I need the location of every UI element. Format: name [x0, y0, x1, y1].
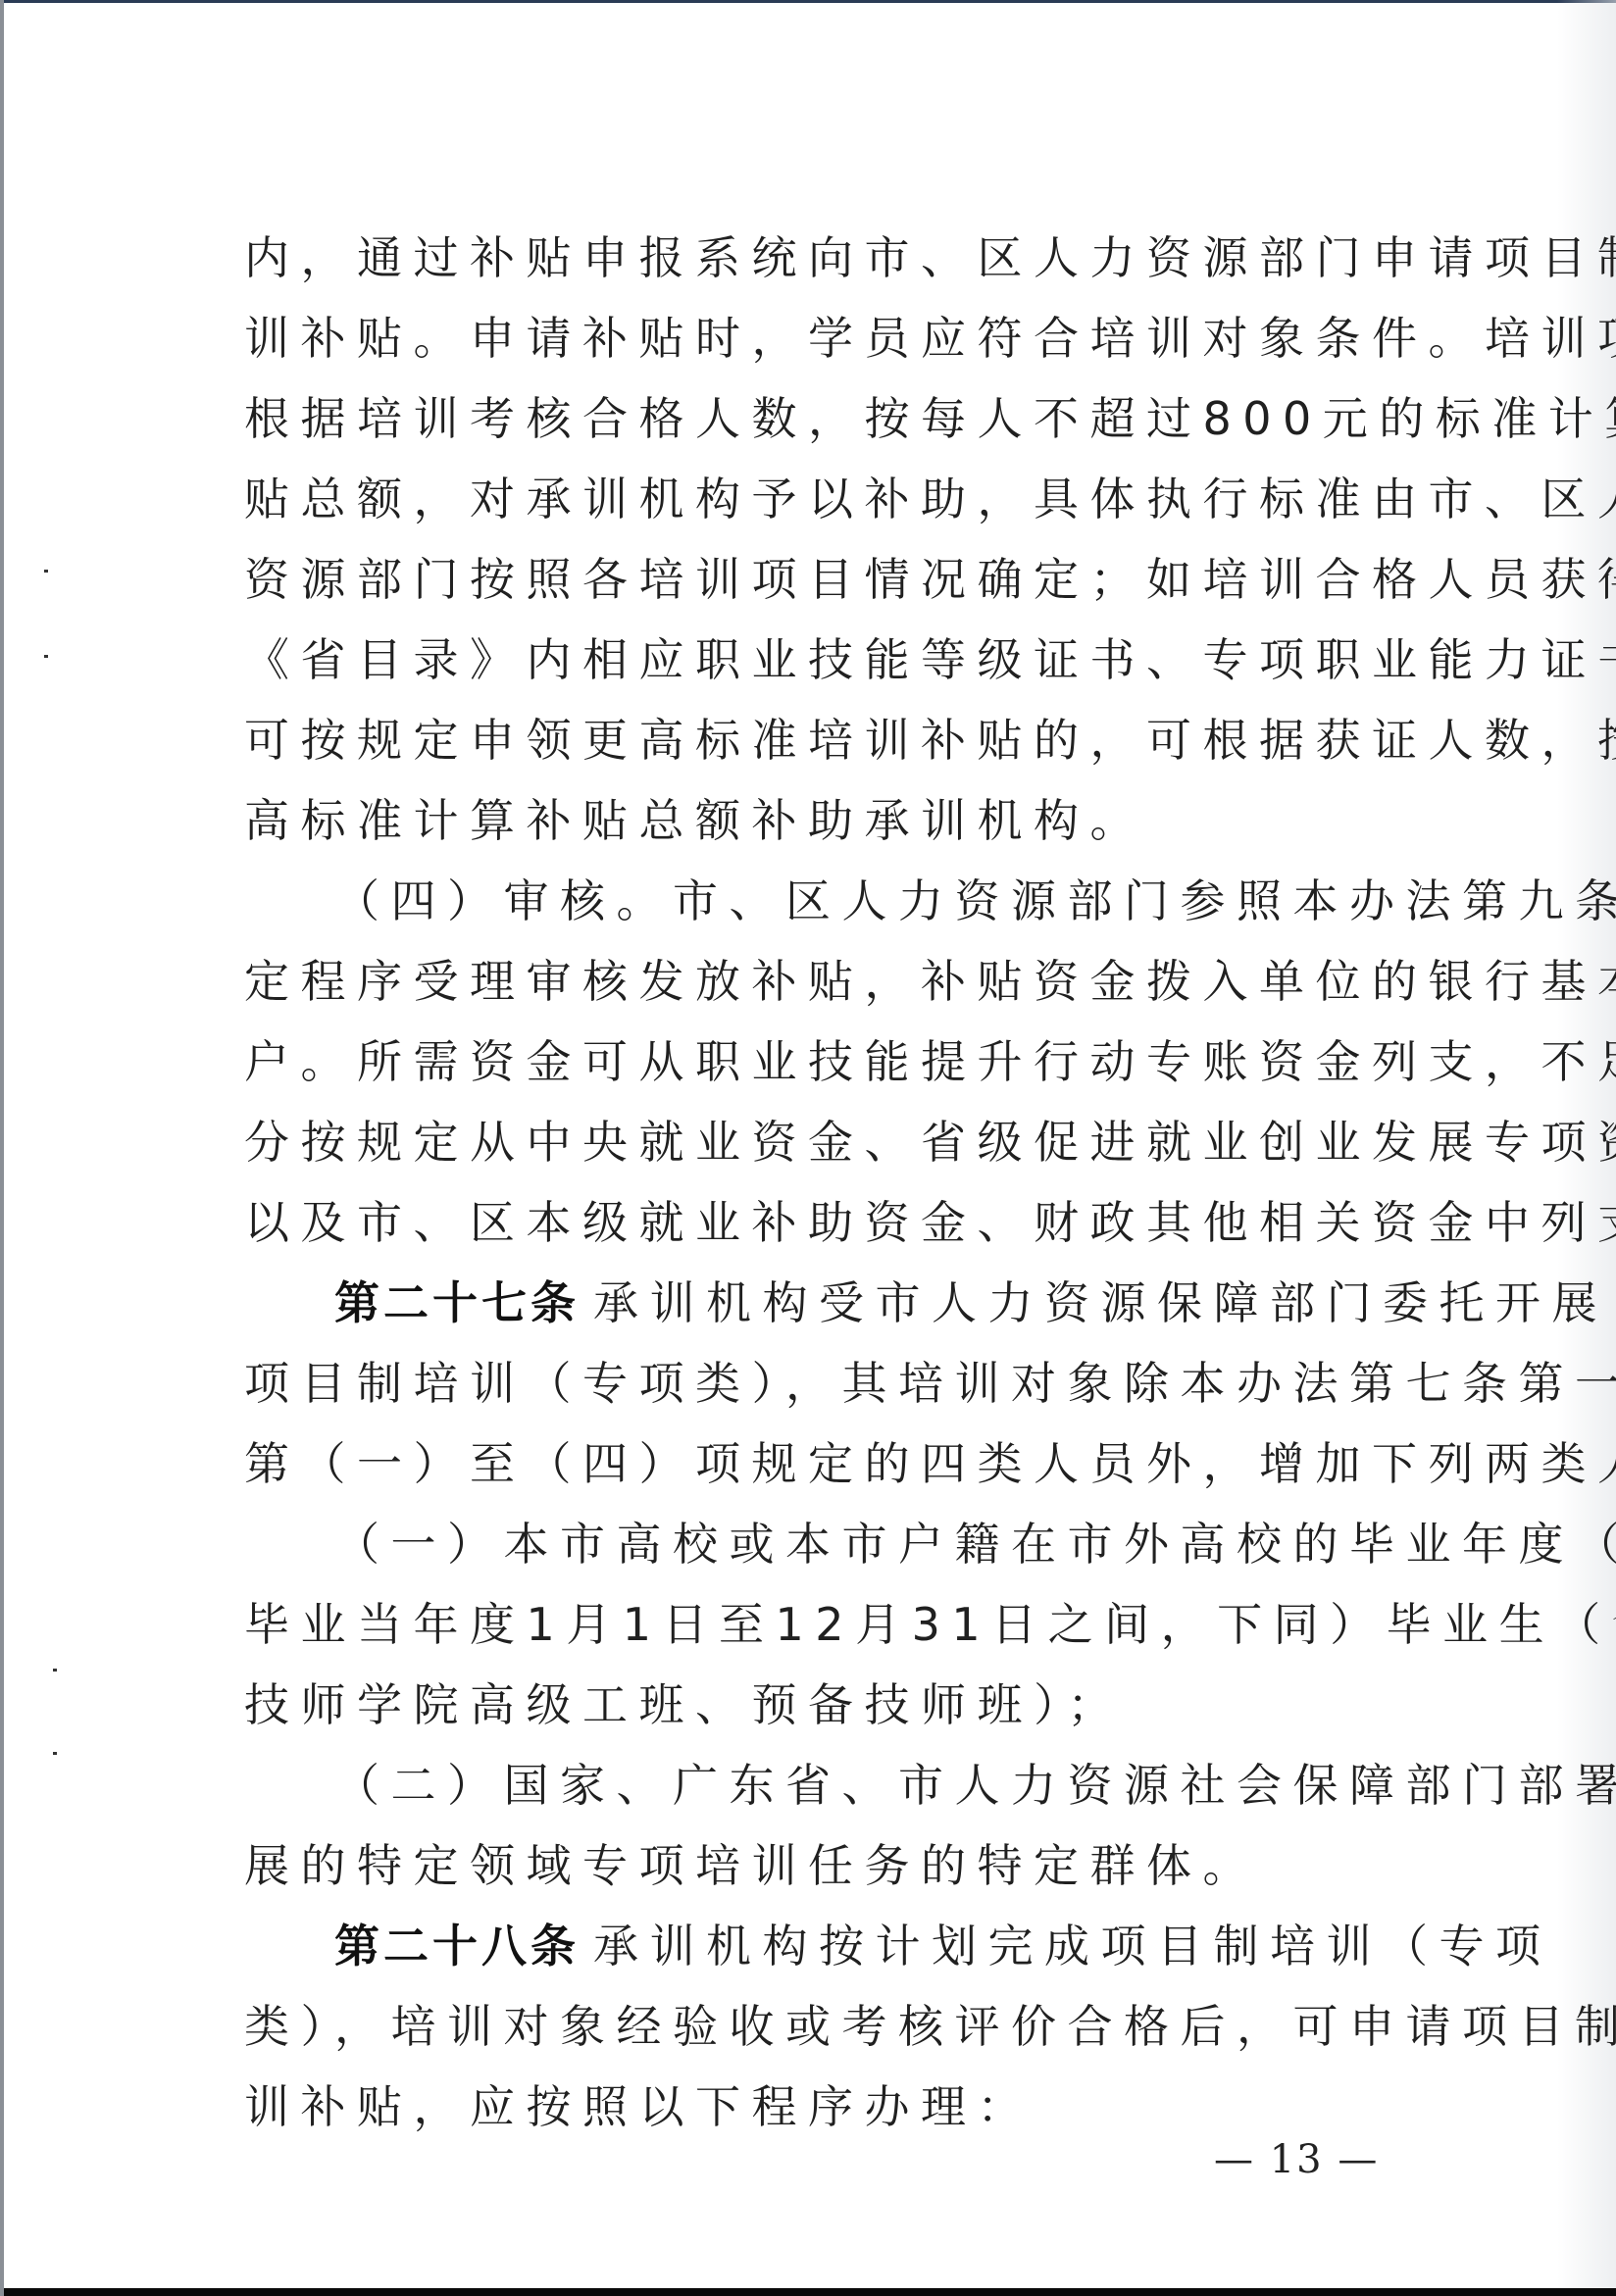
text-line: 根据培训考核合格人数，按每人不超过800元的标准计算补: [244, 378, 1382, 459]
scan-bottom-edge: [4, 2288, 1616, 2296]
text-line: 户。所需资金可从职业技能提升行动专账资金列支，不足部: [244, 1022, 1382, 1102]
margin-speck: [53, 1669, 57, 1672]
margin-speck: [44, 570, 48, 573]
item-one: （一）本市高校或本市户籍在市外高校的毕业年度（指: [244, 1504, 1382, 1584]
text-line: 资源部门按照各培训项目情况确定；如培训合格人员获得: [244, 539, 1382, 620]
article-27-heading: 第二十七条: [334, 1276, 580, 1329]
text-line: 训补贴，应按照以下程序办理：: [244, 2067, 1382, 2147]
page-number: — 13 —: [1214, 2137, 1379, 2182]
text-line: 第（一）至（四）项规定的四类人员外，增加下列两类人员：: [244, 1423, 1382, 1504]
text-line: 贴总额，对承训机构予以补助，具体执行标准由市、区人力: [244, 459, 1382, 539]
text-line: 展的特定领域专项培训任务的特定群体。: [244, 1825, 1382, 1906]
text-line: 定程序受理审核发放补贴，补贴资金拨入单位的银行基本账: [244, 941, 1382, 1022]
article-28-text: 承训机构按计划完成项目制培训（专项: [593, 1920, 1552, 1972]
text-line: 高标准计算补贴总额补助承训机构。: [244, 780, 1382, 861]
text-line: 训补贴。申请补贴时，学员应符合培训对象条件。培训项目: [244, 298, 1382, 378]
text-line: 分按规定从中央就业资金、省级促进就业创业发展专项资金: [244, 1102, 1382, 1182]
margin-speck: [44, 655, 48, 658]
article-28-heading: 第二十八条: [334, 1920, 580, 1972]
scan-top-edge: [4, 0, 1616, 3]
text-line: 可按规定申领更高标准培训补贴的，可根据获证人数，按更: [244, 700, 1382, 780]
text-line: 《省目录》内相应职业技能等级证书、专项职业能力证书，: [244, 620, 1382, 700]
document-body: 内，通过补贴申报系统向市、区人力资源部门申请项目制培 训补贴。申请补贴时，学员应…: [244, 218, 1382, 2147]
article-27-text: 承训机构受市人力资源保障部门委托开展: [593, 1276, 1608, 1329]
text-line: 项目制培训（专项类），其培训对象除本办法第七条第一款: [244, 1343, 1382, 1423]
article-28: 第二十八条承训机构按计划完成项目制培训（专项: [244, 1906, 1382, 1986]
text-line: 技师学院高级工班、预备技师班）；: [244, 1665, 1382, 1745]
paragraph-four-review: （四）审核。市、区人力资源部门参照本办法第九条规: [244, 861, 1382, 941]
item-two: （二）国家、广东省、市人力资源社会保障部门部署开: [244, 1745, 1382, 1825]
text-line: 内，通过补贴申报系统向市、区人力资源部门申请项目制培: [244, 218, 1382, 298]
text-line: 以及市、区本级就业补助资金、财政其他相关资金中列支。: [244, 1182, 1382, 1263]
margin-speck: [53, 1752, 57, 1755]
text-line: 类），培训对象经验收或考核评价合格后，可申请项目制培: [244, 1986, 1382, 2067]
document-page: 内，通过补贴申报系统向市、区人力资源部门申请项目制培 训补贴。申请补贴时，学员应…: [0, 0, 1616, 2296]
text-line: 毕业当年度1月1日至12月31日之间，下同）毕业生（含: [244, 1584, 1382, 1665]
article-27: 第二十七条承训机构受市人力资源保障部门委托开展: [244, 1263, 1382, 1343]
